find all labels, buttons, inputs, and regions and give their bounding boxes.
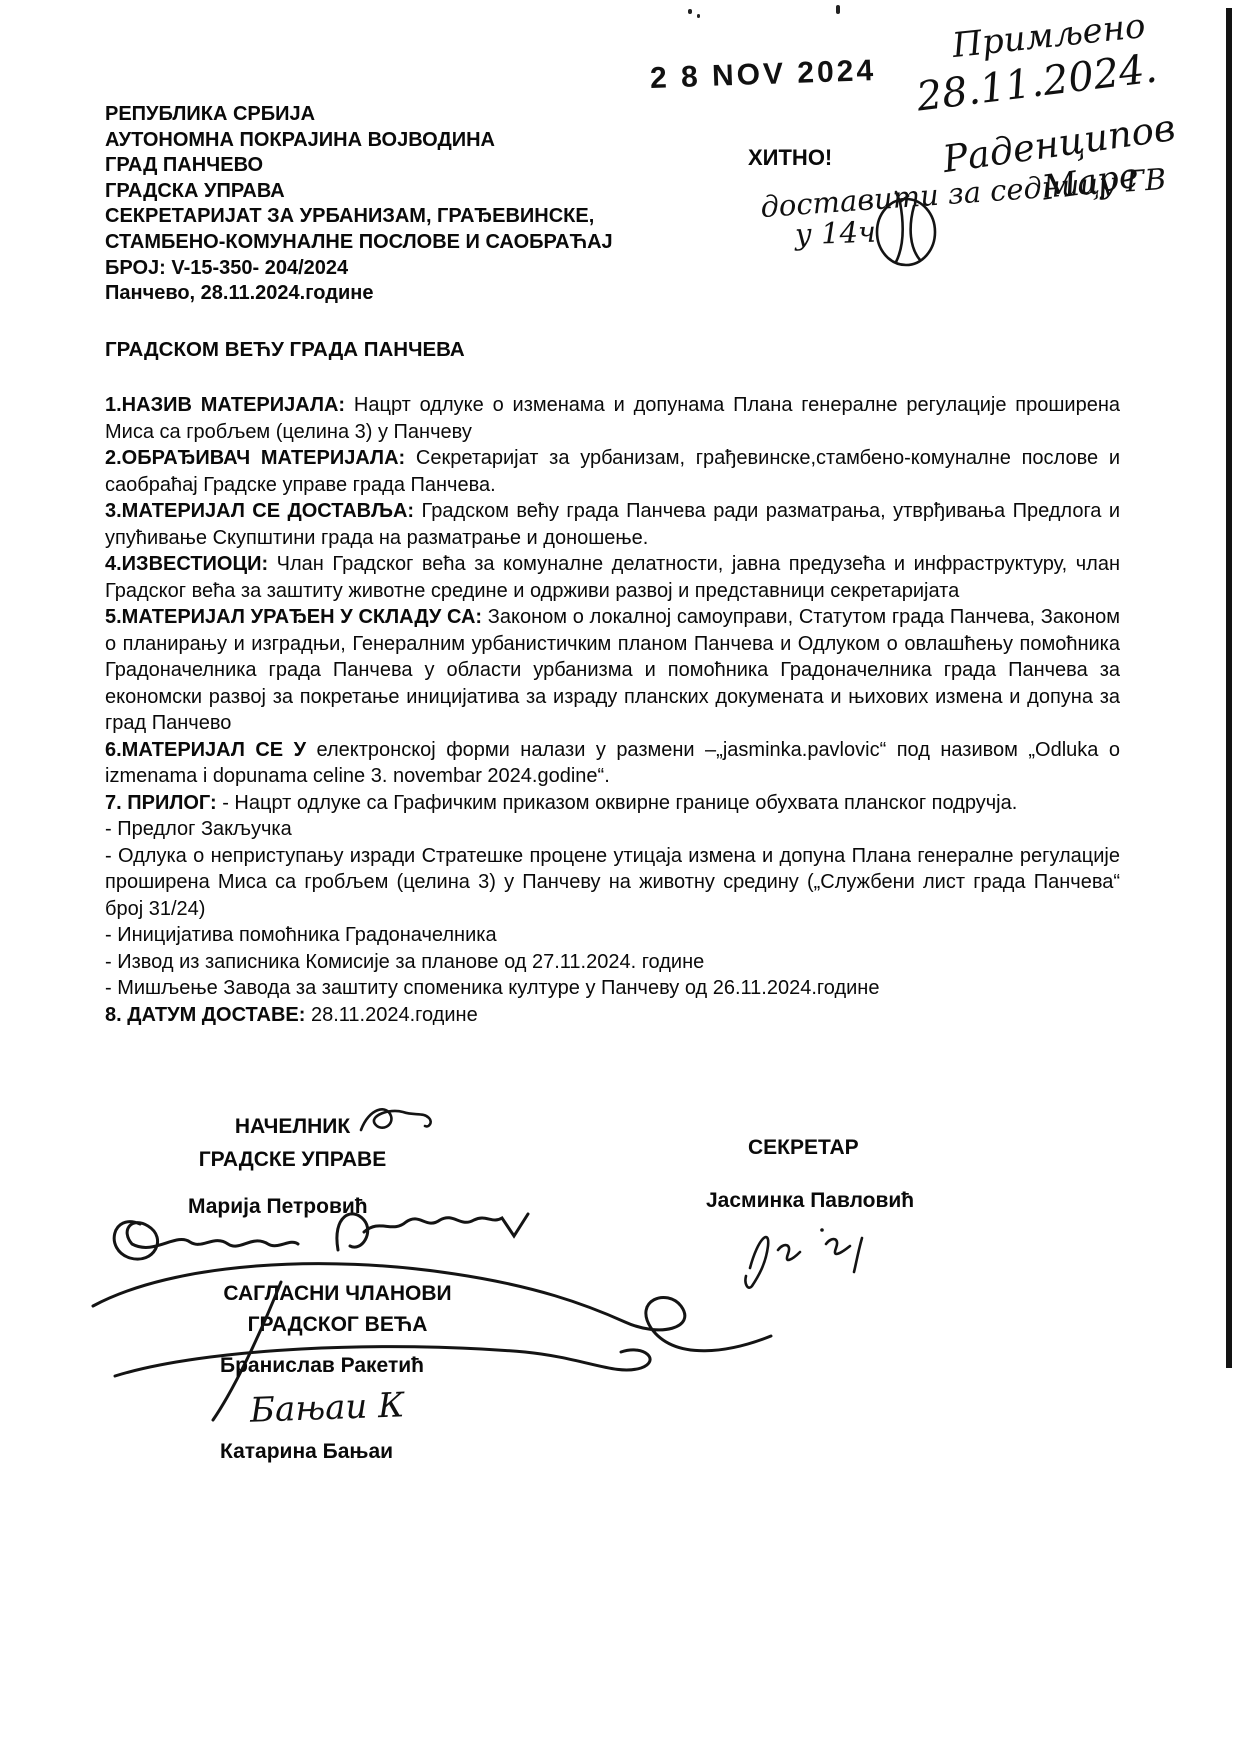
letterhead-line-administration: ГРАДСКА УПРАВА <box>105 179 613 205</box>
item-1-label: 1.НАЗИВ МАТЕРИЈАЛА: <box>105 394 345 416</box>
letterhead-line-number: БРОЈ: V-15-350- 204/2024 <box>105 256 613 282</box>
item-2: 2.ОБРАЂИВАЧ МАТЕРИЈАЛА: Секретаријат за … <box>105 445 1120 498</box>
item-7: 7. ПРИЛОГ: - Нацрт одлуке са Графичким п… <box>105 790 1120 817</box>
attachment-line-4: - Извод из записника Комисије за планове… <box>105 949 1120 976</box>
member-2-signature: Бањаи К <box>249 1385 405 1430</box>
scan-speck <box>697 14 700 18</box>
handwritten-initials-circle <box>870 190 942 270</box>
recipient-title: ГРАДСКОМ ВЕЋУ ГРАДА ПАНЧЕВА <box>105 338 465 362</box>
document-page: 2 8 NOV 2024 Примљено 28.11.2024. Раденц… <box>0 0 1240 1753</box>
item-2-label: 2.ОБРАЂИВАЧ МАТЕРИЈАЛА: <box>105 447 405 469</box>
scan-artifact-line <box>1226 8 1232 1368</box>
date-stamp: 2 8 NOV 2024 <box>649 54 876 96</box>
member-2-name: Катарина Бањаи <box>220 1440 393 1464</box>
letterhead-line-secretariat-1: СЕКРЕТАРИЈАТ ЗА УРБАНИЗАМ, ГРАЂЕВИНСКЕ, <box>105 204 613 230</box>
item-3: 3.МАТЕРИЈАЛ СЕ ДОСТАВЉА: Градском већу г… <box>105 498 1120 551</box>
item-8-text: 28.11.2024.године <box>311 1004 478 1026</box>
handwritten-delivery-time: у 14ч <box>794 215 876 252</box>
letterhead-line-place-date: Панчево, 28.11.2024.године <box>105 281 613 307</box>
item-5-label: 5.МАТЕРИЈАЛ УРАЂЕН У СКЛАДУ СА: <box>105 606 482 628</box>
item-3-label: 3.МАТЕРИЈАЛ СЕ ДОСТАВЉА: <box>105 500 414 522</box>
attachment-line-2: - Одлука о неприступању изради Стратешке… <box>105 843 1120 923</box>
letterhead-line-secretariat-2: СТАМБЕНО-КОМУНАЛНЕ ПОСЛОВЕ И САОБРАЋАЈ <box>105 230 613 256</box>
item-8-label: 8. ДАТУМ ДОСТАВЕ: <box>105 1004 305 1026</box>
item-4: 4.ИЗВЕСТИОЦИ: Члан Градског већа за кому… <box>105 551 1120 604</box>
document-body: 1.НАЗИВ МАТЕРИЈАЛА: Нацрт одлуке о измен… <box>105 392 1120 1028</box>
attachment-line-5: - Мишљење Завода за заштиту споменика ку… <box>105 975 1120 1002</box>
scan-speck <box>688 9 692 14</box>
letterhead-line-republic: РЕПУБЛИКА СРБИЈА <box>105 102 613 128</box>
item-7-text: - Нацрт одлуке са Графичким приказом окв… <box>222 792 1017 814</box>
attachment-line-1: - Предлог Закључка <box>105 816 1120 843</box>
item-6-label: 6.МАТЕРИЈАЛ СЕ У <box>105 739 306 761</box>
attachment-line-3: - Иницијатива помоћника Градоначелника <box>105 922 1120 949</box>
item-4-label: 4.ИЗВЕСТИОЦИ: <box>105 553 268 575</box>
item-1: 1.НАЗИВ МАТЕРИЈАЛА: Нацрт одлуке о измен… <box>105 392 1120 445</box>
secretary-title: СЕКРЕТАР <box>748 1136 859 1160</box>
item-6: 6.МАТЕРИЈАЛ СЕ У електронској форми нала… <box>105 737 1120 790</box>
item-7-label: 7. ПРИЛОГ: <box>105 792 217 814</box>
letterhead-line-province: АУТОНОМНА ПОКРАЈИНА ВОЈВОДИНА <box>105 128 613 154</box>
member-1-signature <box>85 1248 785 1423</box>
member-1-name: Бранислав Ракетић <box>220 1354 424 1378</box>
item-5: 5.МАТЕРИЈАЛ УРАЂЕН У СКЛАДУ СА: Законом … <box>105 604 1120 737</box>
urgent-label: ХИТНО! <box>748 145 832 171</box>
letterhead: РЕПУБЛИКА СРБИЈА АУТОНОМНА ПОКРАЈИНА ВОЈ… <box>105 102 613 307</box>
scan-speck <box>836 5 840 14</box>
chief-paraph-squiggle <box>355 1098 440 1143</box>
item-8: 8. ДАТУМ ДОСТАВЕ: 28.11.2024.године <box>105 1002 1120 1029</box>
letterhead-line-city: ГРАД ПАНЧЕВО <box>105 153 613 179</box>
